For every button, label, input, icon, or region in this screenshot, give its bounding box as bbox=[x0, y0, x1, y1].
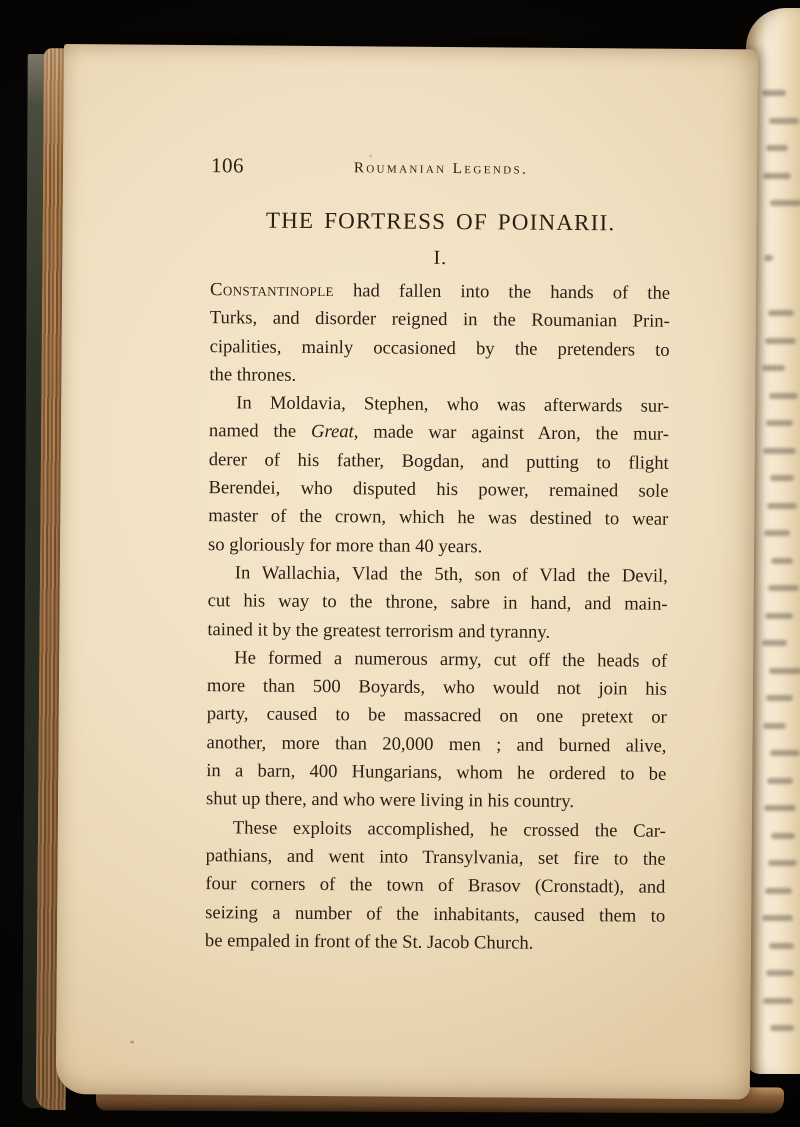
text-line: four corners of the town of Brasov (Cron… bbox=[205, 870, 665, 902]
text-line: shut up there, and who were living in hi… bbox=[206, 785, 666, 817]
blurred-text-line bbox=[771, 558, 793, 564]
text-line: so gloriously for more than 40 years. bbox=[208, 531, 668, 563]
chapter-title: THE FORTRESS OF POINARII. bbox=[203, 207, 679, 237]
text-line: cipalities, mainly occasioned by the pre… bbox=[210, 333, 670, 365]
text-line: be empaled in front of the St. Jacob Chu… bbox=[205, 927, 665, 959]
text-line: in a barn, 400 Hungarians, whom he order… bbox=[206, 757, 666, 789]
blurred-text-line bbox=[769, 943, 794, 949]
blurred-text-line bbox=[770, 475, 794, 481]
blurred-text-line bbox=[765, 613, 793, 619]
blurred-text-line bbox=[770, 1025, 794, 1031]
blurred-text-line bbox=[770, 750, 800, 756]
blurred-text-line bbox=[765, 338, 796, 344]
blurred-text-line bbox=[770, 200, 800, 206]
text-line: In Moldavia, Stephen, who was afterwards… bbox=[209, 389, 669, 421]
text-line: In Wallachia, Vlad the 5th, son of Vlad … bbox=[208, 559, 668, 591]
blurred-text-line bbox=[766, 420, 793, 426]
blurred-text-line bbox=[767, 503, 797, 509]
text-line: the thrones. bbox=[209, 361, 669, 393]
section-numeral: I. bbox=[210, 245, 670, 272]
text-line: named the Great, made war against Aron, … bbox=[209, 418, 669, 450]
text-line: derer of his father, Bogdan, and putting… bbox=[209, 446, 669, 478]
blurred-text-line bbox=[769, 393, 798, 399]
text-line: tained it by the greatest terrorism and … bbox=[207, 616, 667, 648]
blurred-text-line bbox=[769, 118, 799, 124]
text-line: party, caused to be massacred on one pre… bbox=[207, 701, 667, 733]
text-line: These exploits accomplished, he crossed … bbox=[206, 814, 666, 846]
blurred-text-line bbox=[768, 860, 797, 866]
text-line: Turks, and disorder reigned in the Rouma… bbox=[210, 304, 670, 336]
blurred-text-line bbox=[767, 778, 793, 784]
body-text: Constantinople had fallen into the hands… bbox=[205, 276, 670, 959]
text-line: master of the crown, which he was destin… bbox=[208, 503, 668, 535]
blurred-text-line bbox=[771, 833, 795, 839]
text-line: Berendei, who disputed his power, remain… bbox=[208, 474, 668, 506]
blurred-text-line bbox=[766, 695, 793, 701]
text-line: seizing a number of the inhabitants, cau… bbox=[205, 899, 665, 931]
running-header: Roumanian Legends. bbox=[211, 159, 671, 180]
blurred-text-line bbox=[765, 888, 792, 894]
paragraph: In Wallachia, Vlad the 5th, son of Vlad … bbox=[207, 559, 668, 648]
blurred-text-line bbox=[763, 723, 786, 729]
blurred-text-line bbox=[766, 145, 788, 151]
foxing-spot bbox=[130, 1041, 134, 1044]
paragraph: Constantinople had fallen into the hands… bbox=[209, 276, 670, 393]
blurred-text-line bbox=[764, 255, 773, 261]
book-page: 106 Roumanian Legends. THE FORTRESS OF P… bbox=[56, 44, 758, 1099]
blurred-text-line bbox=[763, 173, 791, 179]
paragraph: These exploits accomplished, he crossed … bbox=[205, 814, 666, 959]
blurred-text-line bbox=[768, 585, 799, 591]
blurred-text-line bbox=[769, 668, 800, 674]
paragraph: He formed a numerous army, cut off the h… bbox=[206, 644, 667, 817]
blurred-text-line bbox=[762, 640, 787, 646]
blurred-text-line bbox=[762, 915, 793, 921]
foxing-spot bbox=[305, 710, 308, 713]
paragraph: In Moldavia, Stephen, who was afterwards… bbox=[208, 389, 669, 562]
blurred-text-line bbox=[762, 90, 786, 96]
blurred-text-line bbox=[764, 530, 790, 536]
foxing-spot bbox=[369, 154, 372, 157]
photo-background: 106 Roumanian Legends. THE FORTRESS OF P… bbox=[0, 0, 800, 1127]
blurred-text-line bbox=[766, 970, 794, 976]
blurred-text-line bbox=[762, 365, 785, 371]
text-line: Constantinople had fallen into the hands… bbox=[210, 276, 670, 308]
text-line: cut his way to the throne, sabre in hand… bbox=[208, 587, 668, 619]
text-line: pathians, and went into Transylvania, se… bbox=[206, 842, 666, 874]
text-line: He formed a numerous army, cut off the h… bbox=[207, 644, 667, 676]
text-line: another, more than 20,000 men ; and burn… bbox=[206, 729, 666, 761]
blurred-text-line bbox=[763, 998, 793, 1004]
blurred-text-line bbox=[763, 448, 796, 454]
blurred-text-line bbox=[764, 805, 796, 811]
text-line: more than 500 Boyards, who would not joi… bbox=[207, 672, 667, 704]
blurred-text-line bbox=[768, 310, 794, 316]
